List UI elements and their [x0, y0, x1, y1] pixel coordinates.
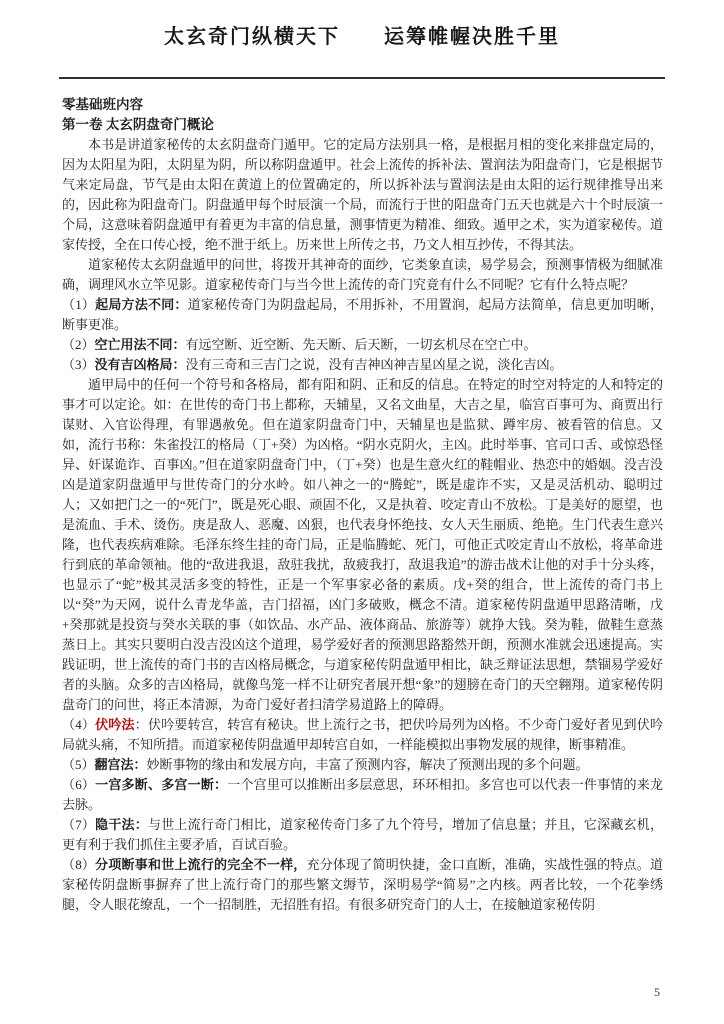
- text-run: 道家秘传太玄阴盘遁甲的问世，将拨开其神奇的面纱，它类象直读，易学易会，预测事情极…: [62, 257, 663, 292]
- bold-lead: 分项断事和世上流行的完全不一样，: [95, 857, 306, 872]
- bold-lead: 一宫多断、多宫一断：: [95, 777, 227, 792]
- text-run: （2）: [62, 337, 95, 352]
- text-run: （6）: [62, 777, 95, 792]
- item-7: （7）隐干法：与世上流行奇门相比，道家秘传奇门多了九个符号，增加了信息量；并且，…: [62, 815, 663, 855]
- text-run: 本书是讲道家秘传的太玄阴盘奇门遁甲。它的定局方法别具一格，是根据月相的变化来排盘…: [62, 137, 663, 252]
- course-title: 零基础班内容: [62, 95, 663, 115]
- text-run: （1）: [62, 297, 95, 312]
- para-intro-2: 道家秘传太玄阴盘遁甲的问世，将拨开其神奇的面纱，它类象直读，易学易会，预测事情极…: [62, 255, 663, 295]
- header-divider: [59, 77, 665, 79]
- header-motto-right: 运筹帷幄决胜千里: [384, 26, 560, 48]
- text-run: 与世上流行奇门相比，道家秘传奇门多了九个符号，增加了信息量；并且，它深藏玄机，更…: [62, 817, 663, 852]
- document-page: 太玄奇门纵横天下运筹帷幄决胜千里 零基础班内容 第一卷 太玄阴盘奇门概论 本书是…: [0, 0, 724, 1024]
- text-run: （8）: [62, 857, 95, 872]
- text-run: 没有三奇和三吉门之说，没有吉神凶神吉星凶星之说，淡化吉凶。: [186, 357, 563, 372]
- text-run: （7）: [62, 817, 95, 832]
- text-run: （5）: [62, 757, 95, 772]
- para-intro-1: 本书是讲道家秘传的太玄阴盘奇门遁甲。它的定局方法别具一格，是根据月相的变化来排盘…: [62, 135, 663, 255]
- item-6: （6）一宫多断、多宫一断：一个宫里可以推断出多层意思，环环相扣。多宫也可以代表一…: [62, 775, 663, 815]
- item-5: （5）翻宫法：妙断事物的缘由和发展方向，丰富了预测内容，解决了预测出现的多个问题…: [62, 755, 663, 775]
- header-motto-left: 太玄奇门纵横天下: [164, 26, 340, 48]
- text-run: 有远空断、近空断、先天断、后天断，一切玄机尽在空亡中。: [186, 337, 537, 352]
- item-8: （8）分项断事和世上流行的完全不一样，充分体现了简明快捷，金口直断，准确，实战性…: [62, 855, 663, 915]
- item-1: （1）起局方法不同：道家秘传奇门为阴盘起局，不用拆补，不用置润，起局方法简单，信…: [62, 295, 663, 335]
- bold-lead: 没有吉凶格局：: [95, 357, 186, 372]
- document-body: 零基础班内容 第一卷 太玄阴盘奇门概论 本书是讲道家秘传的太玄阴盘奇门遁甲。它的…: [62, 95, 663, 915]
- paragraphs-container: 本书是讲道家秘传的太玄阴盘奇门遁甲。它的定局方法别具一格，是根据月相的变化来排盘…: [62, 135, 663, 915]
- bold-lead: 空亡用法不同：: [95, 337, 186, 352]
- text-run: ：伏吟要转宫，转宫有秘诀。世上流行之书，把伏吟局列为凶格。不少奇门爱好者见到伏吟…: [62, 717, 663, 752]
- item-4: （4）伏吟法：伏吟要转宫，转宫有秘诀。世上流行之书，把伏吟局列为凶格。不少奇门爱…: [62, 715, 663, 755]
- text-run: 妙断事物的缘由和发展方向，丰富了预测内容，解决了预测出现的多个问题。: [147, 757, 589, 772]
- highlighted-term: 伏吟法: [95, 717, 135, 732]
- page-number: 5: [654, 985, 660, 1000]
- page-header: 太玄奇门纵横天下运筹帷幄决胜千里: [0, 20, 724, 49]
- text-run: （4）: [62, 717, 95, 732]
- volume-title: 第一卷 太玄阴盘奇门概论: [62, 115, 663, 135]
- bold-lead: 起局方法不同：: [95, 297, 187, 312]
- item-3: （3）没有吉凶格局：没有三奇和三吉门之说，没有吉神凶神吉星凶星之说，淡化吉凶。: [62, 355, 663, 375]
- bold-lead: 隐干法：: [95, 817, 148, 832]
- item-2: （2）空亡用法不同：有远空断、近空断、先天断、后天断，一切玄机尽在空亡中。: [62, 335, 663, 355]
- text-run: （3）: [62, 357, 95, 372]
- para-dunjia-symbols: 遁甲局中的任何一个符号和各格局，都有阳和阴、正和反的信息。在特定的时空对特定的人…: [62, 375, 663, 715]
- text-run: 遁甲局中的任何一个符号和各格局，都有阳和阴、正和反的信息。在特定的时空对特定的人…: [62, 377, 663, 712]
- bold-lead: 翻宫法：: [95, 757, 147, 772]
